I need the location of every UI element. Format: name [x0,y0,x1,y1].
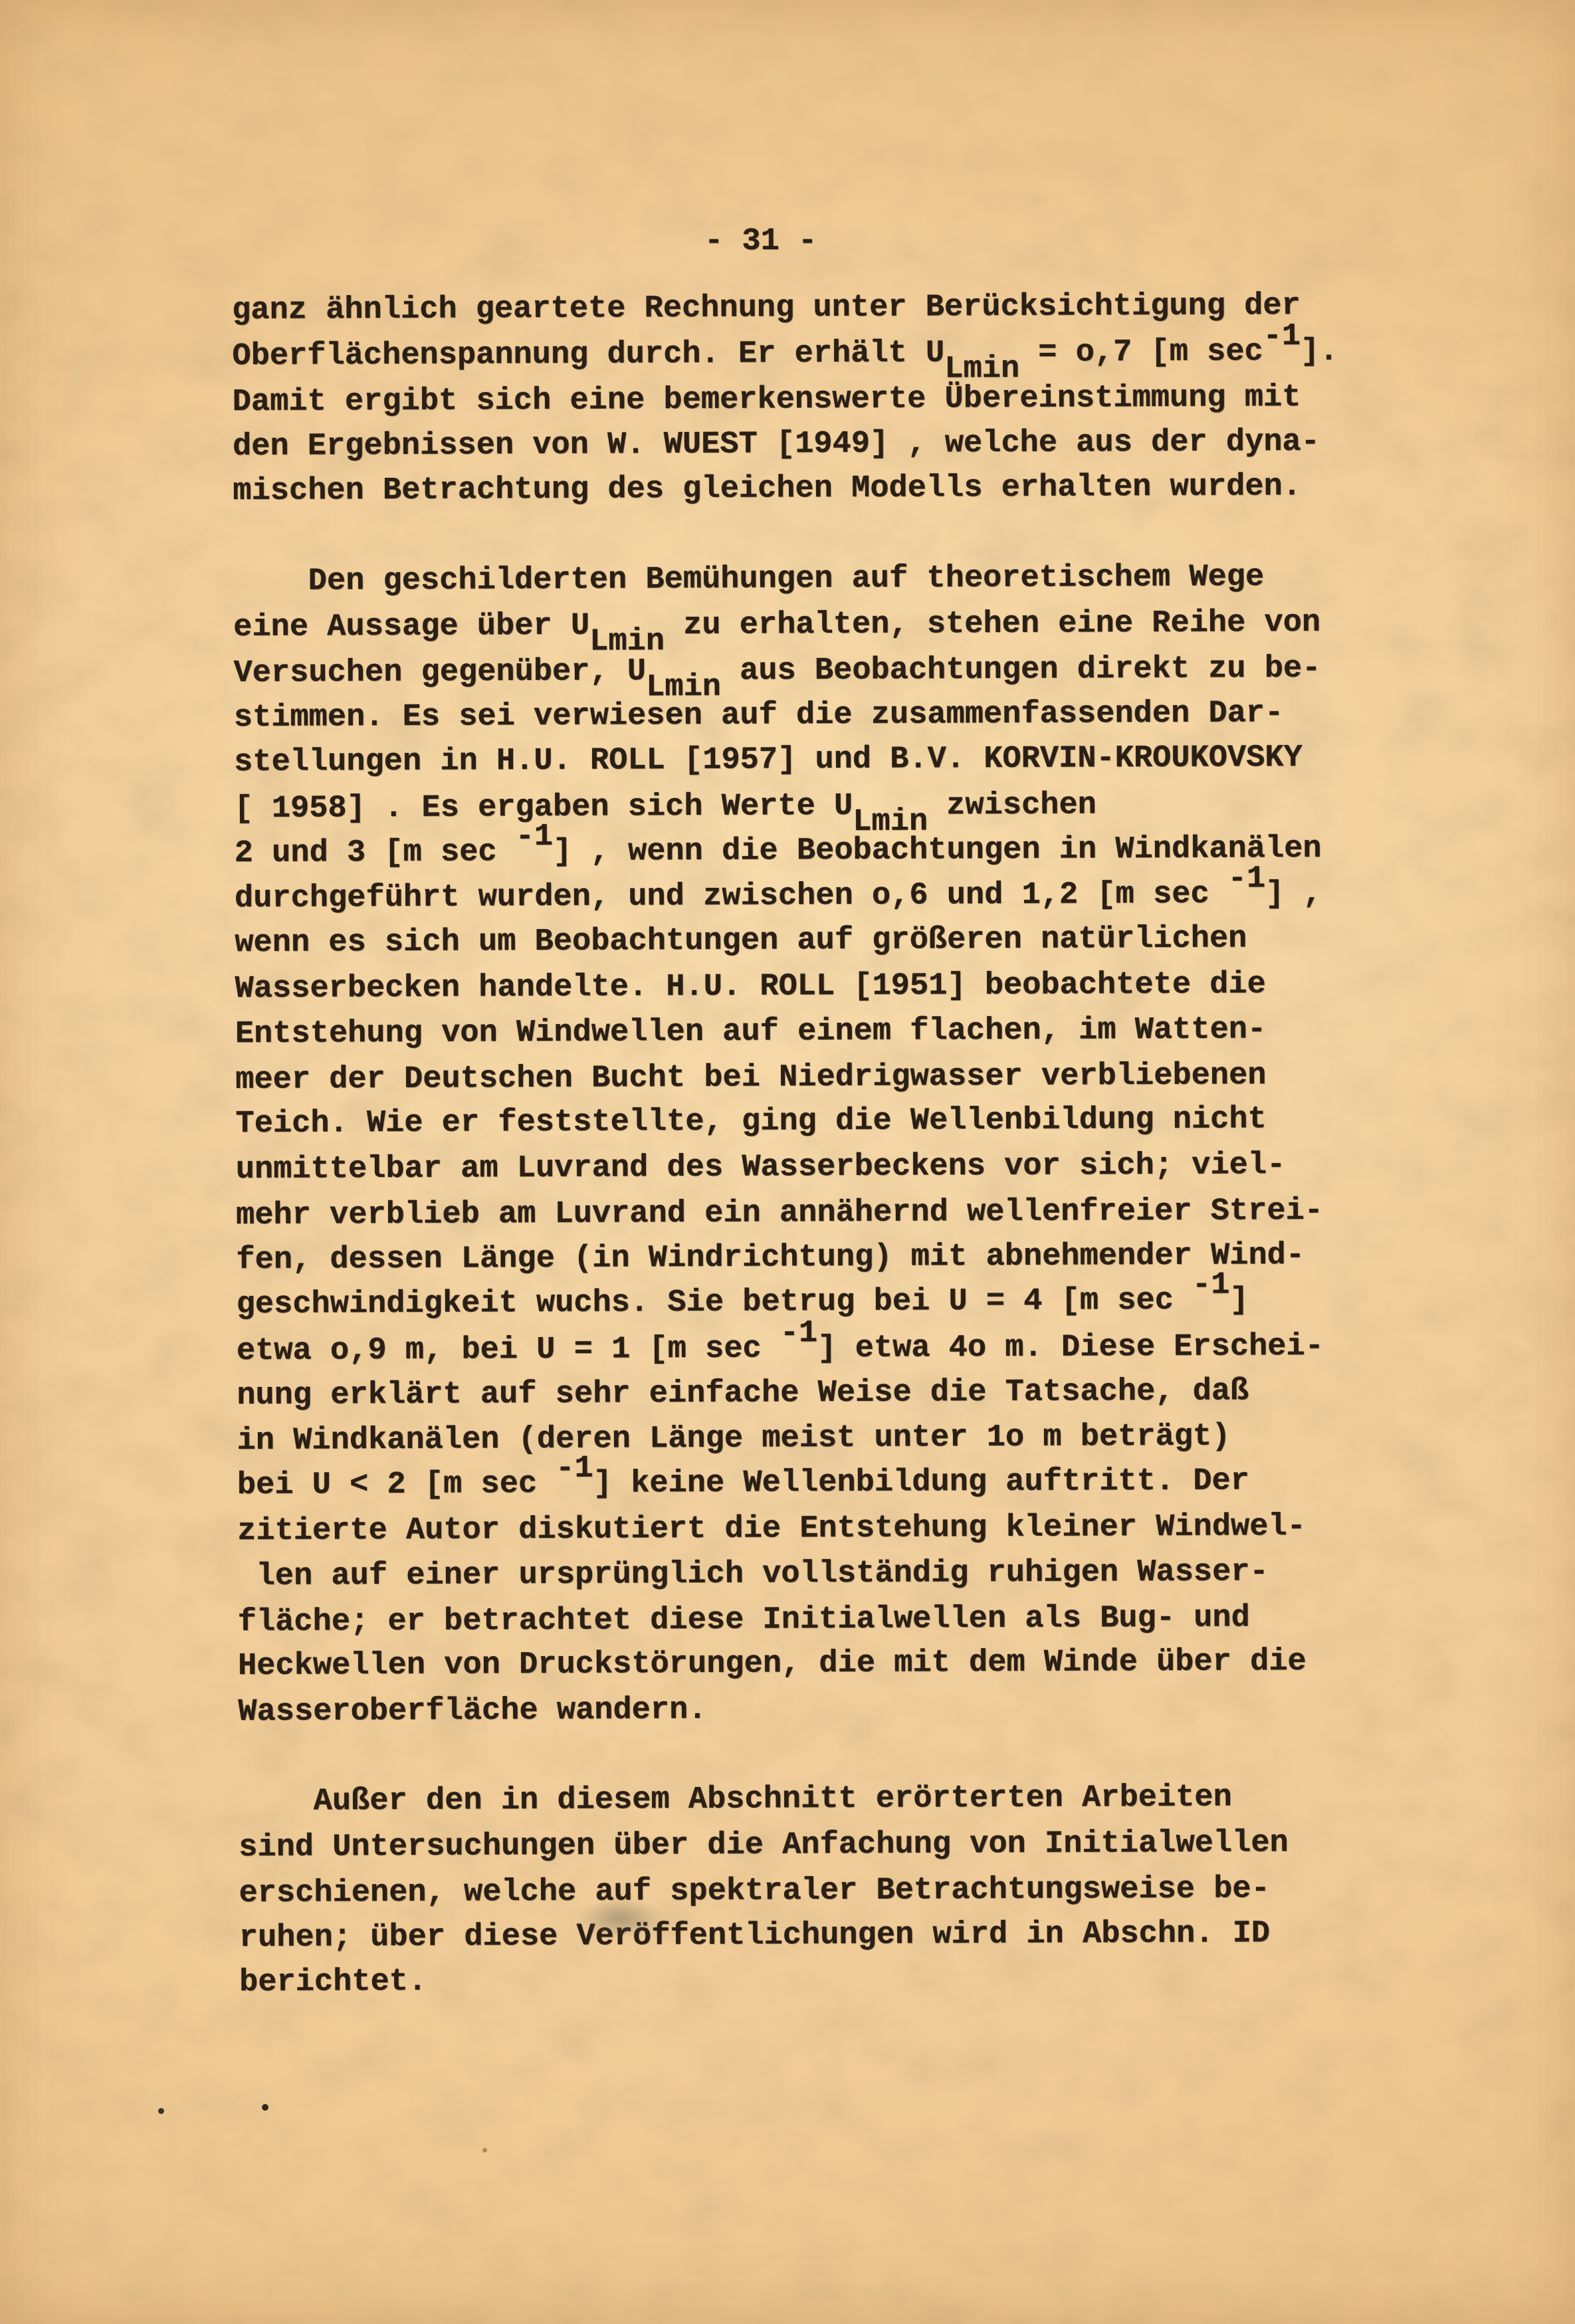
text-line: ruhen; über diese Veröffentlichungen wir… [239,1911,1345,1961]
text-line: unmittelbar am Luvrand des Wasserbeckens… [236,1143,1342,1193]
paragraph: ganz ähnlich geartete Rechnung unter Ber… [232,284,1339,515]
subscript: Lmin [646,670,721,705]
text-line: Teich. Wie er feststellte, ging die Well… [235,1097,1341,1147]
text-line: Damit ergibt sich eine bemerkenswerte Üb… [233,375,1338,425]
text-line: mehr verblieb am Luvrand ein annähernd w… [236,1189,1342,1239]
paper-speck [158,2108,164,2114]
text-line: meer der Deutschen Bucht bei Niedrigwass… [235,1053,1341,1103]
text-line: nung erklärt auf sehr einfache Weise die… [237,1369,1342,1419]
text-line: mischen Betrachtung des gleichen Modells… [233,465,1338,514]
text-line: 2 und 3 [m sec -1] , wenn die Beobachtun… [235,827,1340,877]
text-line: Wasseroberfläche wandern. [238,1685,1344,1735]
text-line: in Windkanälen (deren Länge meist unter … [237,1414,1342,1464]
paper-speck [262,2104,268,2111]
text-line: erschienen, welche auf spektraler Betrac… [239,1867,1344,1917]
page-number: - 31 - [704,219,817,264]
text-line: Heckwellen von Druckstörungen, die mit d… [238,1639,1344,1689]
text-line: bei U < 2 [m sec -1] keine Wellenbildung… [237,1459,1343,1509]
superscript: -1 [1228,862,1266,897]
text-line: Den geschilderten Bemühungen auf theoret… [233,555,1339,605]
paragraph: Außer den in diesem Abschnitt erörterten… [239,1776,1346,2006]
text-line: wenn es sich um Beobachtungen auf größer… [235,916,1340,966]
text-line: stellungen in H.U. ROLL [1957] und B.V. … [234,736,1340,786]
text-line: len auf einer ursprünglich vollständig r… [237,1550,1343,1600]
text-line: den Ergebnissen von W. WUEST [1949] , we… [233,420,1338,470]
text-line: Versuchen gegenüber, ULmin aus Beobachtu… [233,647,1339,696]
subscript: Lmin [853,805,928,840]
text-line: Entstehung von Windwellen auf einem flac… [235,1007,1341,1057]
text-line: berichtet. [239,1956,1345,2006]
text-line: durchgeführt wurden, und zwischen o,6 un… [235,872,1340,922]
text-line: [ 1958] . Es ergaben sich Werte ULmin zw… [234,782,1340,832]
superscript: -1 [1192,1268,1230,1303]
text-line: fläche; er betrachtet diese Initialwelle… [238,1596,1344,1645]
text-line: sind Untersuchungen über die Anfachung v… [239,1821,1344,1871]
body-text: ganz ähnlich geartete Rechnung unter Ber… [232,284,1345,2006]
text-line: Oberflächenspannung durch. Er erhält ULm… [232,330,1338,379]
superscript: -1 [1263,319,1301,354]
text-line: eine Aussage über ULmin zu erhalten, ste… [233,601,1339,651]
superscript: -1 [516,819,554,855]
text-line: ganz ähnlich geartete Rechnung unter Ber… [232,284,1338,334]
text-line: zitierte Autor diskutiert die Entstehung… [237,1505,1343,1554]
scanned-page: - 31 - ganz ähnlich geartete Rechnung un… [0,0,1575,2324]
text-line: fen, dessen Länge (in Windrichtung) mit … [236,1233,1342,1283]
text-line: Außer den in diesem Abschnitt erörterten… [239,1775,1344,1825]
text-line: stimmen. Es sei verwiesen auf die zusamm… [234,691,1340,741]
text-line: etwa o,9 m, bei U = 1 [m sec -1] etwa 4o… [237,1324,1342,1374]
ink-smudge [577,1899,663,1938]
text-line: Wasserbecken handelte. H.U. ROLL [1951] … [235,962,1340,1012]
paper-speck [482,2148,487,2153]
superscript: -1 [556,1451,593,1487]
superscript: -1 [780,1317,818,1352]
paragraph: Den geschilderten Bemühungen auf theoret… [233,556,1344,1735]
